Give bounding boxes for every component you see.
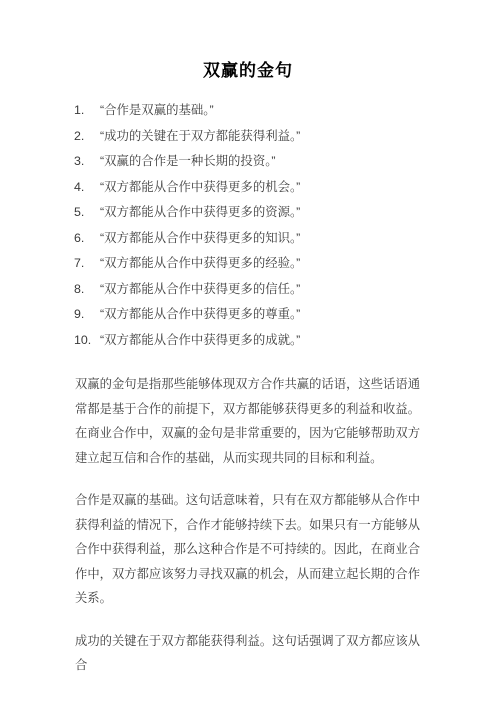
list-item: 2. “成功的关键在于双方都能获得利益。” (0, 124, 496, 150)
body-paragraph-truncated: 成功的关键在于双方都能获得利益。这句话强调了双方都应该从合 (75, 629, 420, 678)
list-item: 7. “双方都能从合作中获得更多的经验。” (0, 251, 496, 277)
list-item-number: 9. (74, 302, 100, 328)
list-item-text: “合作是双赢的基础。” (100, 98, 496, 124)
list-item-number: 3. (74, 149, 100, 175)
list-item: 1. “合作是双赢的基础。” (0, 98, 496, 124)
list-item-number: 5. (74, 200, 100, 226)
list-item-text: “双方都能从合作中获得更多的机会。” (100, 175, 496, 201)
list-item: 10. “双方都能从合作中获得更多的成就。” (0, 328, 496, 354)
list-item-number: 4. (74, 175, 100, 201)
list-item-number: 1. (74, 98, 100, 124)
body-paragraph: 双赢的金句是指那些能够体现双方合作共赢的话语，这些话语通常都是基于合作的前提下，… (75, 372, 420, 470)
list-item: 4. “双方都能从合作中获得更多的机会。” (0, 175, 496, 201)
list-item-text: “双方都能从合作中获得更多的成就。” (100, 328, 496, 354)
list-item-number: 10. (74, 328, 100, 354)
document-page: 双赢的金句 1. “合作是双赢的基础。” 2. “成功的关键在于双方都能获得利益… (0, 0, 496, 702)
list-item-number: 8. (74, 277, 100, 303)
list-item-text: “双方都能从合作中获得更多的信任。” (100, 277, 496, 303)
list-item-text: “双赢的合作是一种长期的投资。” (100, 149, 496, 175)
list-item-number: 6. (74, 226, 100, 252)
list-item-text: “双方都能从合作中获得更多的知识。” (100, 226, 496, 252)
list-item: 9. “双方都能从合作中获得更多的尊重。” (0, 302, 496, 328)
list-item: 8. “双方都能从合作中获得更多的信任。” (0, 277, 496, 303)
quotes-list: 1. “合作是双赢的基础。” 2. “成功的关键在于双方都能获得利益。” 3. … (0, 98, 496, 353)
list-item: 5. “双方都能从合作中获得更多的资源。” (0, 200, 496, 226)
list-item-text: “双方都能从合作中获得更多的尊重。” (100, 302, 496, 328)
body-paragraph: 合作是双赢的基础。这句话意味着，只有在双方都能够从合作中获得利益的情况下，合作才… (75, 488, 420, 611)
list-item-number: 7. (74, 251, 100, 277)
list-item: 6. “双方都能从合作中获得更多的知识。” (0, 226, 496, 252)
list-item-text: “双方都能从合作中获得更多的经验。” (100, 251, 496, 277)
list-item-number: 2. (74, 124, 100, 150)
list-item: 3. “双赢的合作是一种长期的投资。” (0, 149, 496, 175)
list-item-text: “成功的关键在于双方都能获得利益。” (100, 124, 496, 150)
document-title: 双赢的金句 (0, 0, 496, 83)
list-item-text: “双方都能从合作中获得更多的资源。” (100, 200, 496, 226)
